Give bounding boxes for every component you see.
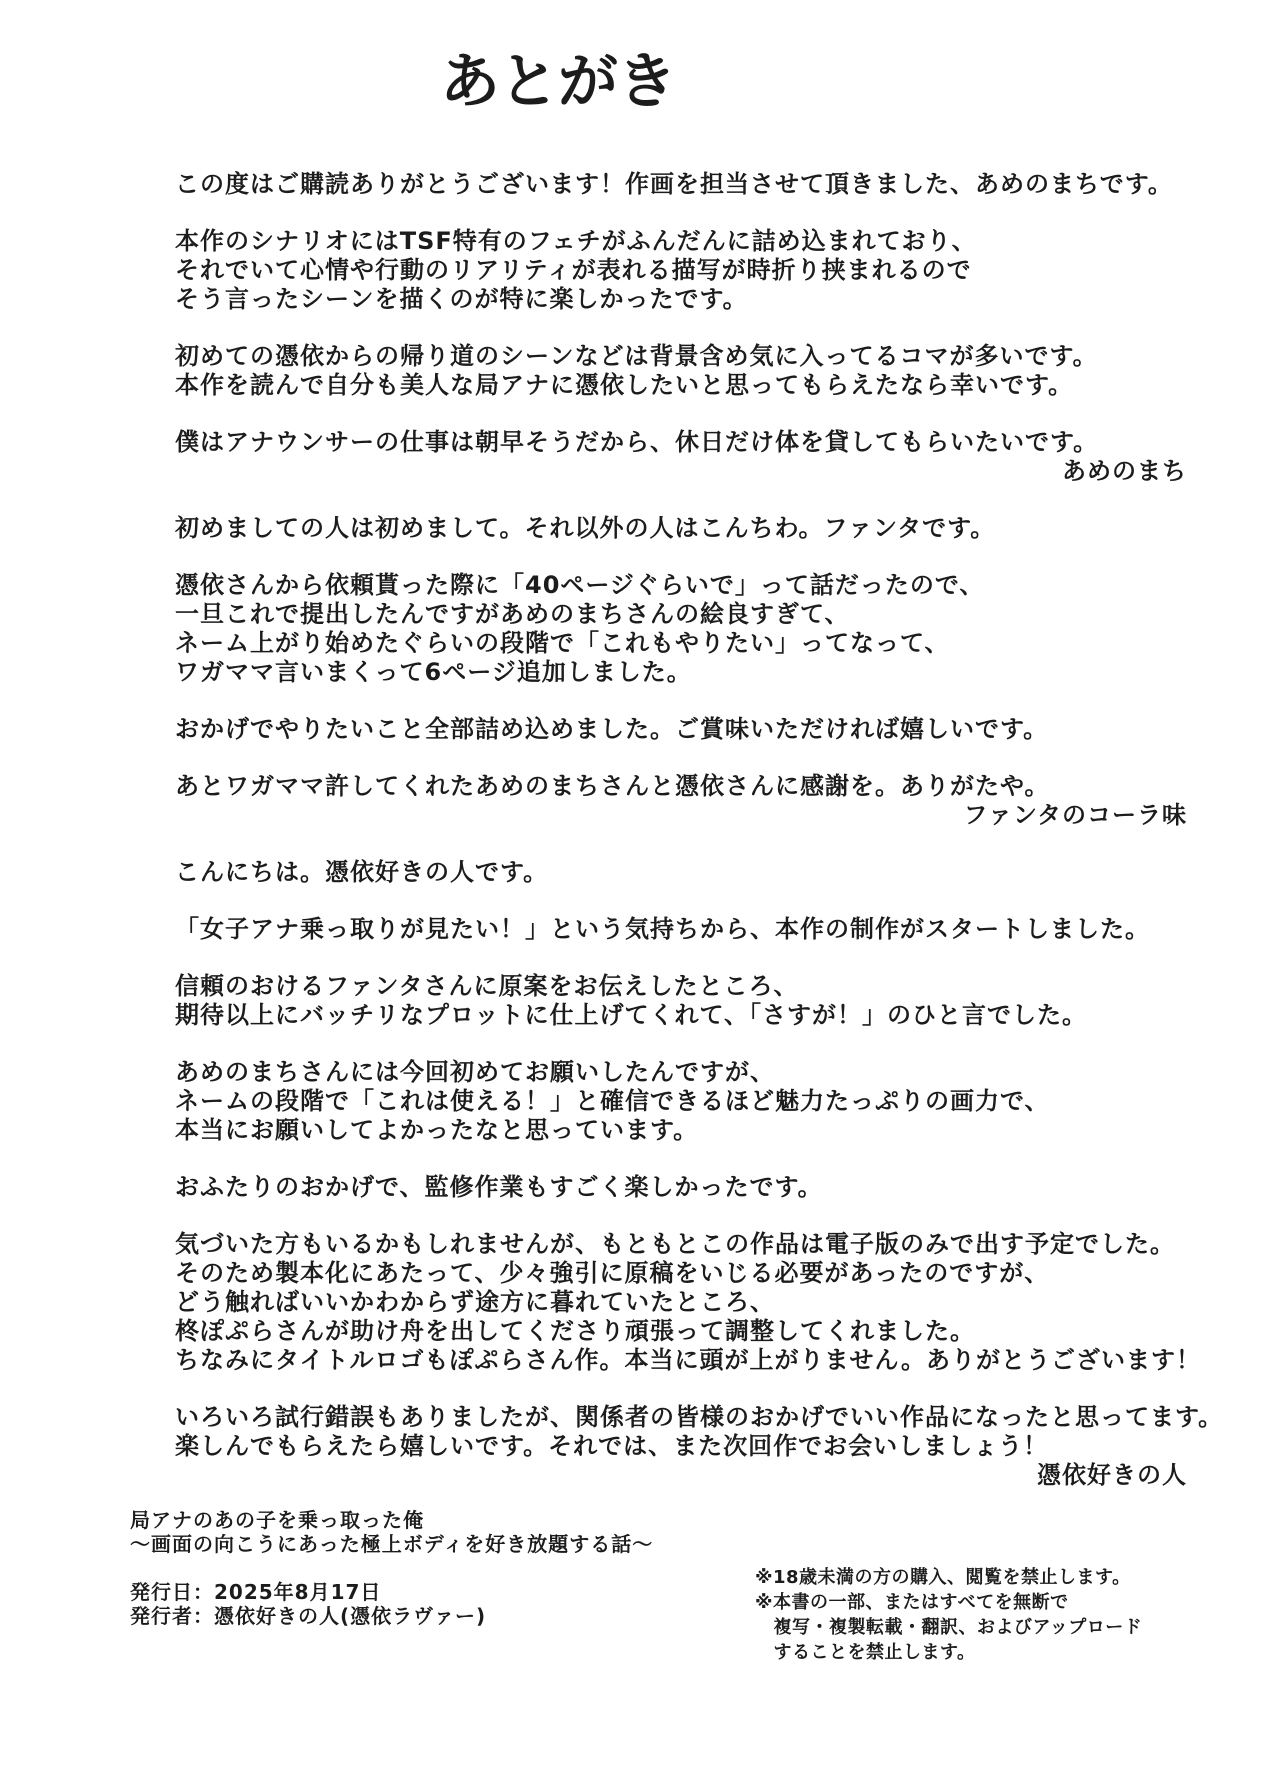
body-paragraph: 気づいた方もいるかもしれませんが、もともとこの作品は電子版のみで出す予定でした。… [175,1230,1187,1375]
signature: ファンタのコーラ味 [175,801,1187,830]
signature-line: あめのまち [175,457,1187,486]
paragraph-line: どう触ればいいかわからず途方に暮れていたところ、 [175,1288,1187,1317]
body-paragraph: 信頼のおけるファンタさんに原案をお伝えしたところ、期待以上にバッチリなプロットに… [175,972,1187,1030]
paragraph-line: おかげでやりたいこと全部詰め込めました。ご賞味いただければ嬉しいです。 [175,715,1187,744]
work-title-line: 局アナのあの子を乗っ取った俺 [130,1508,653,1532]
paragraph-line: 「女子アナ乗っ取りが見たい！」という気持ちから、本作の制作がスタートしました。 [175,915,1187,944]
colophon-work-title: 局アナのあの子を乗っ取った俺〜画面の向こうにあった極上ボディを好き放題する話〜 [130,1508,653,1556]
paragraph-line: あとワガママ許してくれたあめのまちさんと憑依さんに感謝を。ありがたや。 [175,772,1187,801]
signature-line: ファンタのコーラ味 [175,801,1187,830]
body-paragraph: おふたりのおかげで、監修作業もすごく楽しかったです。 [175,1173,1187,1202]
paragraph-line: 初めましての人は初めまして。それ以外の人はこんちわ。ファンタです。 [175,514,1187,543]
paragraph-line: 気づいた方もいるかもしれませんが、もともとこの作品は電子版のみで出す予定でした。 [175,1230,1187,1259]
signature: あめのまち [175,457,1187,486]
legal-notice: ※18歳未満の方の購入、閲覧を禁止します。※本書の一部、またはすべてを無断で 複… [755,1565,1142,1665]
paragraph-line: 楽しんでもらえたら嬉しいです。それでは、また次回作でお会いしましょう！ [175,1432,1187,1461]
paragraph-line: 初めての憑依からの帰り道のシーンなどは背景含め気に入ってるコマが多いです。 [175,342,1187,371]
paragraph-line: 一旦これで提出したんですがあめのまちさんの絵良すぎて、 [175,600,1187,629]
paragraph-line: いろいろ試行錯誤もありましたが、関係者の皆様のおかげでいい作品になったと思ってま… [175,1403,1187,1432]
notice-line: ※18歳未満の方の購入、閲覧を禁止します。 [755,1565,1142,1590]
paragraph-line: 本作を読んで自分も美人な局アナに憑依したいと思ってもらえたなら幸いです。 [175,371,1187,400]
paragraph-line: それでいて心情や行動のリアリティが表れる描写が時折り挟まれるので [175,256,1187,285]
paragraph-line: 信頼のおけるファンタさんに原案をお伝えしたところ、 [175,972,1187,1001]
paragraph-line: ネーム上がり始めたぐらいの段階で「これもやりたい」ってなって、 [175,629,1187,658]
body-paragraph: おかげでやりたいこと全部詰め込めました。ご賞味いただければ嬉しいです。 [175,715,1187,744]
publication-line: 発行日：2025年8月17日 [130,1580,486,1604]
body-paragraph: 本作のシナリオにはTSF特有のフェチがふんだんに詰め込まれており、それでいて心情… [175,227,1187,314]
paragraph-line: この度はご購読ありがとうございます！作画を担当させて頂きました、あめのまちです。 [175,170,1187,199]
body-paragraph: あめのまちさんには今回初めてお願いしたんですが、ネームの段階で「これは使える！」… [175,1058,1187,1145]
notice-line: ※本書の一部、またはすべてを無断で [755,1590,1142,1615]
body-paragraph: 初めての憑依からの帰り道のシーンなどは背景含め気に入ってるコマが多いです。本作を… [175,342,1187,400]
paragraph-line: 本当にお願いしてよかったなと思っています。 [175,1116,1187,1145]
afterword-body: この度はご購読ありがとうございます！作画を担当させて頂きました、あめのまちです。… [175,170,1187,1490]
paragraph-line: 僕はアナウンサーの仕事は朝早そうだから、休日だけ体を貸してもらいたいです。 [175,428,1187,457]
paragraph-line: あめのまちさんには今回初めてお願いしたんですが、 [175,1058,1187,1087]
body-paragraph: いろいろ試行錯誤もありましたが、関係者の皆様のおかげでいい作品になったと思ってま… [175,1403,1187,1461]
work-title-line: 〜画面の向こうにあった極上ボディを好き放題する話〜 [130,1532,653,1556]
notice-line: することを禁止します。 [755,1640,1142,1665]
body-paragraph: この度はご購読ありがとうございます！作画を担当させて頂きました、あめのまちです。 [175,170,1187,199]
paragraph-line: そのため製本化にあたって、少々強引に原稿をいじる必要があったのですが、 [175,1259,1187,1288]
paragraph-line: そう言ったシーンを描くのが特に楽しかったです。 [175,285,1187,314]
page-title: あとがき [0,46,1116,118]
signature-line: 憑依好きの人 [175,1461,1187,1490]
signature: 憑依好きの人 [175,1461,1187,1490]
paragraph-line: ネームの段階で「これは使える！」と確信できるほど魅力たっぷりの画力で、 [175,1087,1187,1116]
paragraph-line: 本作のシナリオにはTSF特有のフェチがふんだんに詰め込まれており、 [175,227,1187,256]
paragraph-line: ちなみにタイトルロゴもぽぷらさん作。本当に頭が上がりません。ありがとうございます… [175,1346,1187,1375]
body-paragraph: こんにちは。憑依好きの人です。 [175,858,1187,887]
body-paragraph: 僕はアナウンサーの仕事は朝早そうだから、休日だけ体を貸してもらいたいです。 [175,428,1187,457]
paragraph-line: 柊ぽぷらさんが助け舟を出してくださり頑張って調整してくれました。 [175,1317,1187,1346]
afterword-page: あとがき この度はご購読ありがとうございます！作画を担当させて頂きました、あめの… [0,0,1280,1791]
paragraph-line: 憑依さんから依頼貰った際に「40ページぐらいで」って話だったので、 [175,571,1187,600]
publication-line: 発行者：憑依好きの人(憑依ラヴァー) [130,1604,486,1628]
paragraph-line: 期待以上にバッチリなプロットに仕上げてくれて、「さすが！」のひと言でした。 [175,1001,1187,1030]
body-paragraph: 初めましての人は初めまして。それ以外の人はこんちわ。ファンタです。 [175,514,1187,543]
notice-line: 複写・複製転載・翻訳、およびアップロード [755,1615,1142,1640]
body-paragraph: 「女子アナ乗っ取りが見たい！」という気持ちから、本作の制作がスタートしました。 [175,915,1187,944]
paragraph-line: おふたりのおかげで、監修作業もすごく楽しかったです。 [175,1173,1187,1202]
body-paragraph: 憑依さんから依頼貰った際に「40ページぐらいで」って話だったので、一旦これで提出… [175,571,1187,687]
paragraph-line: こんにちは。憑依好きの人です。 [175,858,1187,887]
colophon-publication-info: 発行日：2025年8月17日発行者：憑依好きの人(憑依ラヴァー) [130,1580,486,1628]
paragraph-line: ワガママ言いまくって6ページ追加しました。 [175,658,1187,687]
body-paragraph: あとワガママ許してくれたあめのまちさんと憑依さんに感謝を。ありがたや。 [175,772,1187,801]
